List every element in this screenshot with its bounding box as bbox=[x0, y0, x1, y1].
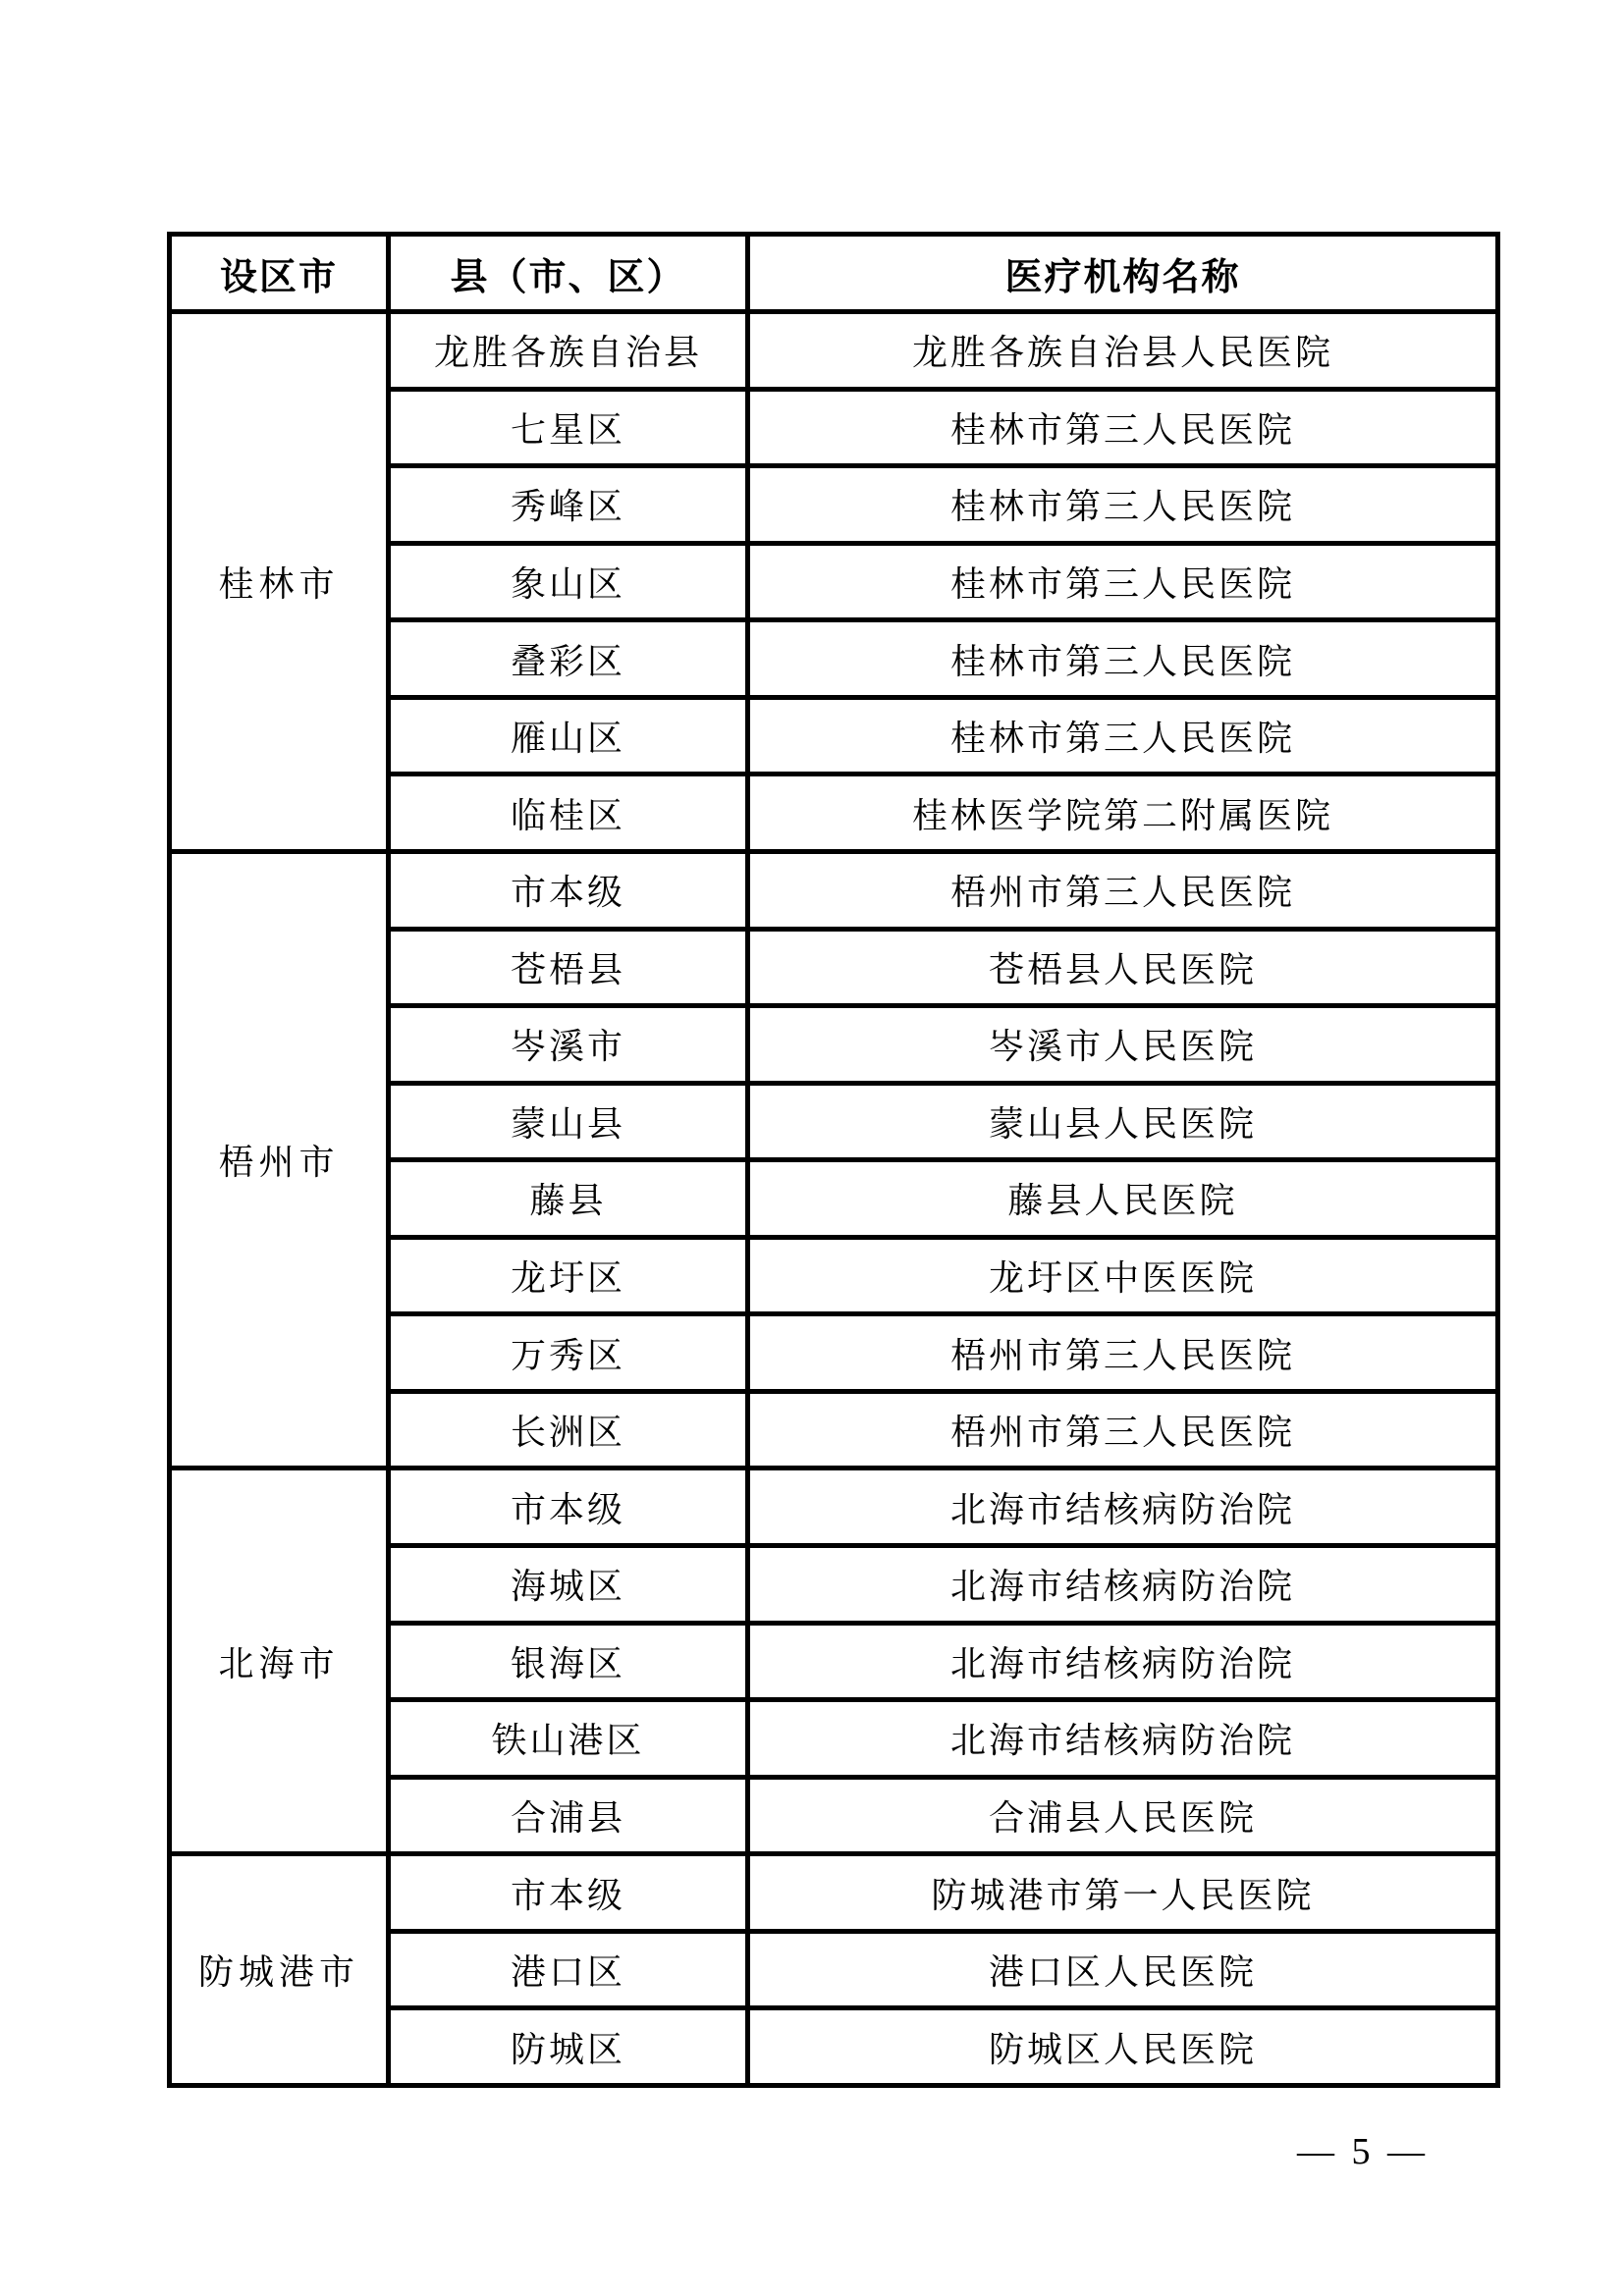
table-row: 梧州市 市本级 梧州市第三人民医院 bbox=[170, 851, 1498, 929]
hospital-cell: 桂林市第三人民医院 bbox=[748, 543, 1498, 620]
city-cell-guilin: 桂林市 bbox=[170, 312, 389, 852]
county-cell: 防城区 bbox=[389, 2008, 748, 2086]
county-cell: 临桂区 bbox=[389, 774, 748, 852]
county-cell: 铁山港区 bbox=[389, 1700, 748, 1778]
hospital-cell: 苍梧县人民医院 bbox=[748, 929, 1498, 1006]
hospital-cell: 藤县人民医院 bbox=[748, 1160, 1498, 1238]
county-cell: 象山区 bbox=[389, 543, 748, 620]
city-cell-fangchenggang: 防城港市 bbox=[170, 1854, 389, 2086]
hospital-cell: 梧州市第三人民医院 bbox=[748, 1314, 1498, 1392]
hospital-cell: 合浦县人民医院 bbox=[748, 1777, 1498, 1854]
county-cell: 龙胜各族自治县 bbox=[389, 312, 748, 390]
county-cell: 市本级 bbox=[389, 1854, 748, 1932]
county-cell: 市本级 bbox=[389, 851, 748, 929]
hospital-cell: 北海市结核病防治院 bbox=[748, 1700, 1498, 1778]
table-row: 桂林市 龙胜各族自治县 龙胜各族自治县人民医院 bbox=[170, 312, 1498, 390]
county-cell: 龙圩区 bbox=[389, 1237, 748, 1314]
hospital-cell: 梧州市第三人民医院 bbox=[748, 851, 1498, 929]
hospital-cell: 桂林医学院第二附属医院 bbox=[748, 774, 1498, 852]
hospital-cell: 桂林市第三人民医院 bbox=[748, 466, 1498, 544]
hospital-cell: 桂林市第三人民医院 bbox=[748, 697, 1498, 774]
city-cell-beihai: 北海市 bbox=[170, 1468, 389, 1854]
hospital-cell: 北海市结核病防治院 bbox=[748, 1468, 1498, 1546]
county-cell: 合浦县 bbox=[389, 1777, 748, 1854]
county-cell: 海城区 bbox=[389, 1546, 748, 1624]
hospital-cell: 龙圩区中医医院 bbox=[748, 1237, 1498, 1314]
county-cell: 藤县 bbox=[389, 1160, 748, 1238]
county-cell: 长洲区 bbox=[389, 1391, 748, 1468]
hospital-cell: 桂林市第三人民医院 bbox=[748, 620, 1498, 698]
hospital-cell: 岑溪市人民医院 bbox=[748, 1006, 1498, 1084]
county-cell: 银海区 bbox=[389, 1623, 748, 1700]
hospital-cell: 蒙山县人民医院 bbox=[748, 1083, 1498, 1160]
header-cell-hospital: 医疗机构名称 bbox=[748, 235, 1498, 312]
hospital-cell: 桂林市第三人民医院 bbox=[748, 389, 1498, 466]
hospital-cell: 北海市结核病防治院 bbox=[748, 1546, 1498, 1624]
county-cell: 七星区 bbox=[389, 389, 748, 466]
county-cell: 港口区 bbox=[389, 1931, 748, 2008]
hospital-cell: 龙胜各族自治县人民医院 bbox=[748, 312, 1498, 390]
county-cell: 雁山区 bbox=[389, 697, 748, 774]
header-cell-city: 设区市 bbox=[170, 235, 389, 312]
hospital-cell: 北海市结核病防治院 bbox=[748, 1623, 1498, 1700]
county-cell: 蒙山县 bbox=[389, 1083, 748, 1160]
county-cell: 万秀区 bbox=[389, 1314, 748, 1392]
table-row: 防城港市 市本级 防城港市第一人民医院 bbox=[170, 1854, 1498, 1932]
hospital-cell: 防城区人民医院 bbox=[748, 2008, 1498, 2086]
county-cell: 岑溪市 bbox=[389, 1006, 748, 1084]
county-cell: 市本级 bbox=[389, 1468, 748, 1546]
city-cell-wuzhou: 梧州市 bbox=[170, 851, 389, 1468]
county-cell: 叠彩区 bbox=[389, 620, 748, 698]
county-cell: 秀峰区 bbox=[389, 466, 748, 544]
table-row: 北海市 市本级 北海市结核病防治院 bbox=[170, 1468, 1498, 1546]
medical-institutions-table: 设区市 县（市、区） 医疗机构名称 桂林市 龙胜各族自治县 龙胜各族自治县人民医… bbox=[167, 232, 1500, 2088]
county-cell: 苍梧县 bbox=[389, 929, 748, 1006]
header-cell-county: 县（市、区） bbox=[389, 235, 748, 312]
hospital-cell: 梧州市第三人民医院 bbox=[748, 1391, 1498, 1468]
hospital-cell: 防城港市第一人民医院 bbox=[748, 1854, 1498, 1932]
table-header-row: 设区市 县（市、区） 医疗机构名称 bbox=[170, 235, 1498, 312]
document-page: 设区市 县（市、区） 医疗机构名称 桂林市 龙胜各族自治县 龙胜各族自治县人民医… bbox=[0, 0, 1624, 2296]
hospital-cell: 港口区人民医院 bbox=[748, 1931, 1498, 2008]
page-number: — 5 — bbox=[1265, 2130, 1461, 2173]
